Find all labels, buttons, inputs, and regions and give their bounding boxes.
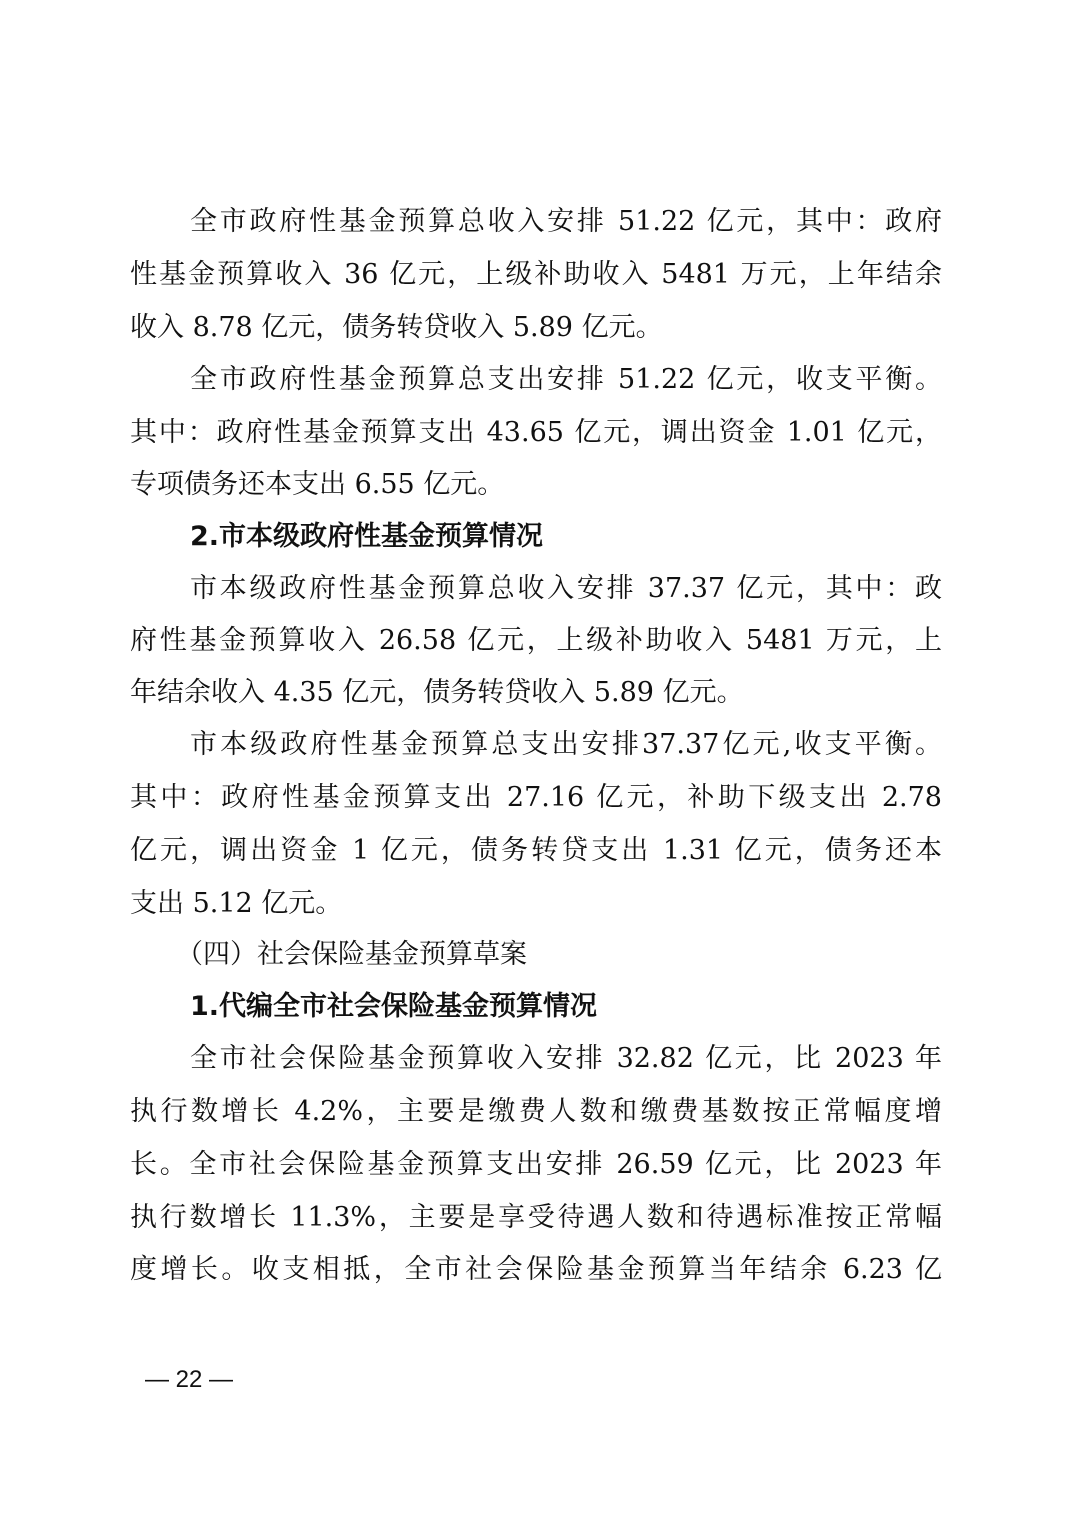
paragraph-line: 府性基金预算收入 26.58 亿元，上级补助收入 5481 万元，上 — [130, 621, 942, 661]
document-page: 全市政府性基金预算总收入安排 51.22 亿元，其中：政府 性基金预算收入 36… — [0, 0, 1074, 1520]
paragraph-line: 年结余收入 4.35 亿元，债务转贷收入 5.89 亿元。 — [130, 673, 942, 713]
paragraph-line: 市本级政府性基金预算总收入安排 37.37 亿元，其中：政 — [190, 569, 942, 609]
paragraph-line: 执行数增长 11.3%，主要是享受待遇人数和待遇标准按正常幅 — [130, 1198, 942, 1238]
paragraph-line: 全市社会保险基金预算收入安排 32.82 亿元，比 2023 年 — [190, 1039, 942, 1079]
paragraph-line: 支出 5.12 亿元。 — [130, 884, 942, 924]
paragraph-line: 执行数增长 4.2%，主要是缴费人数和缴费基数按正常幅度增 — [130, 1092, 942, 1132]
page-number: — 22 — — [145, 1364, 233, 1396]
paragraph-line: 收入 8.78 亿元，债务转贷收入 5.89 亿元。 — [130, 308, 942, 348]
paragraph-line: 其中：政府性基金预算支出 43.65 亿元，调出资金 1.01 亿元， — [130, 413, 942, 453]
paragraph-line: 全市政府性基金预算总收入安排 51.22 亿元，其中：政府 — [190, 202, 942, 242]
paragraph-line: 长。全市社会保险基金预算支出安排 26.59 亿元，比 2023 年 — [130, 1145, 942, 1185]
paragraph-line: 专项债务还本支出 6.55 亿元。 — [130, 465, 942, 505]
paragraph-line: 度增长。收支相抵，全市社会保险基金预算当年结余 6.23 亿 — [130, 1250, 942, 1290]
paragraph-line: 性基金预算收入 36 亿元，上级补助收入 5481 万元，上年结余 — [130, 255, 942, 295]
paragraph-line: 其中：政府性基金预算支出 27.16 亿元，补助下级支出 2.78 — [130, 778, 942, 818]
section-heading: （四）社会保险基金预算草案 — [176, 935, 988, 975]
subsection-heading: 1.代编全市社会保险基金预算情况 — [190, 987, 942, 1027]
paragraph-line: 全市政府性基金预算总支出安排 51.22 亿元，收支平衡。 — [190, 360, 942, 400]
paragraph-line: 亿元，调出资金 1 亿元，债务转贷支出 1.31 亿元，债务还本 — [130, 831, 942, 871]
paragraph-line: 市本级政府性基金预算总支出安排37.37亿元,收支平衡。 — [190, 725, 942, 765]
section-heading: 2.市本级政府性基金预算情况 — [190, 517, 942, 557]
